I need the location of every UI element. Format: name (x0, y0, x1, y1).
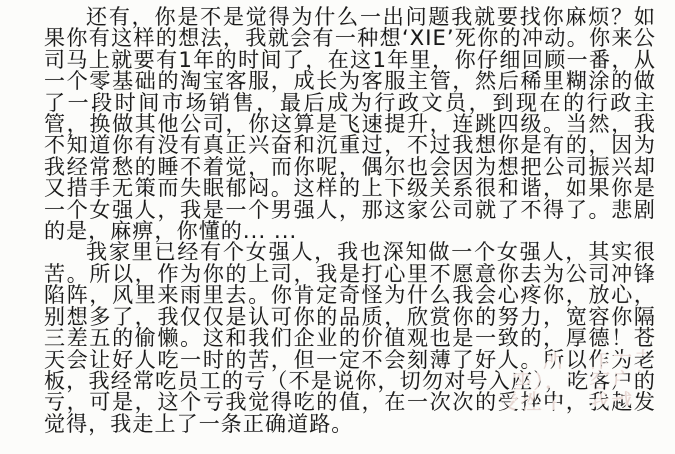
document-page: 还有，你是不是觉得为什么一出问题我就要找你麻烦？如果你有这样的想法，我就会有一种… (0, 0, 675, 454)
letter-paragraph-1: 还有，你是不是觉得为什么一出问题我就要找你麻烦？如果你有这样的想法，我就会有一种… (44, 7, 656, 242)
letter-text: 还有，你是不是觉得为什么一出问题我就要找你麻烦？如果你有这样的想法，我就会有一种… (44, 7, 656, 435)
letter-paragraph-2: 我家里已经有个女强人，我也深知做一个女强人，其实很苦。所以，作为你的上司，我是打… (44, 242, 656, 435)
